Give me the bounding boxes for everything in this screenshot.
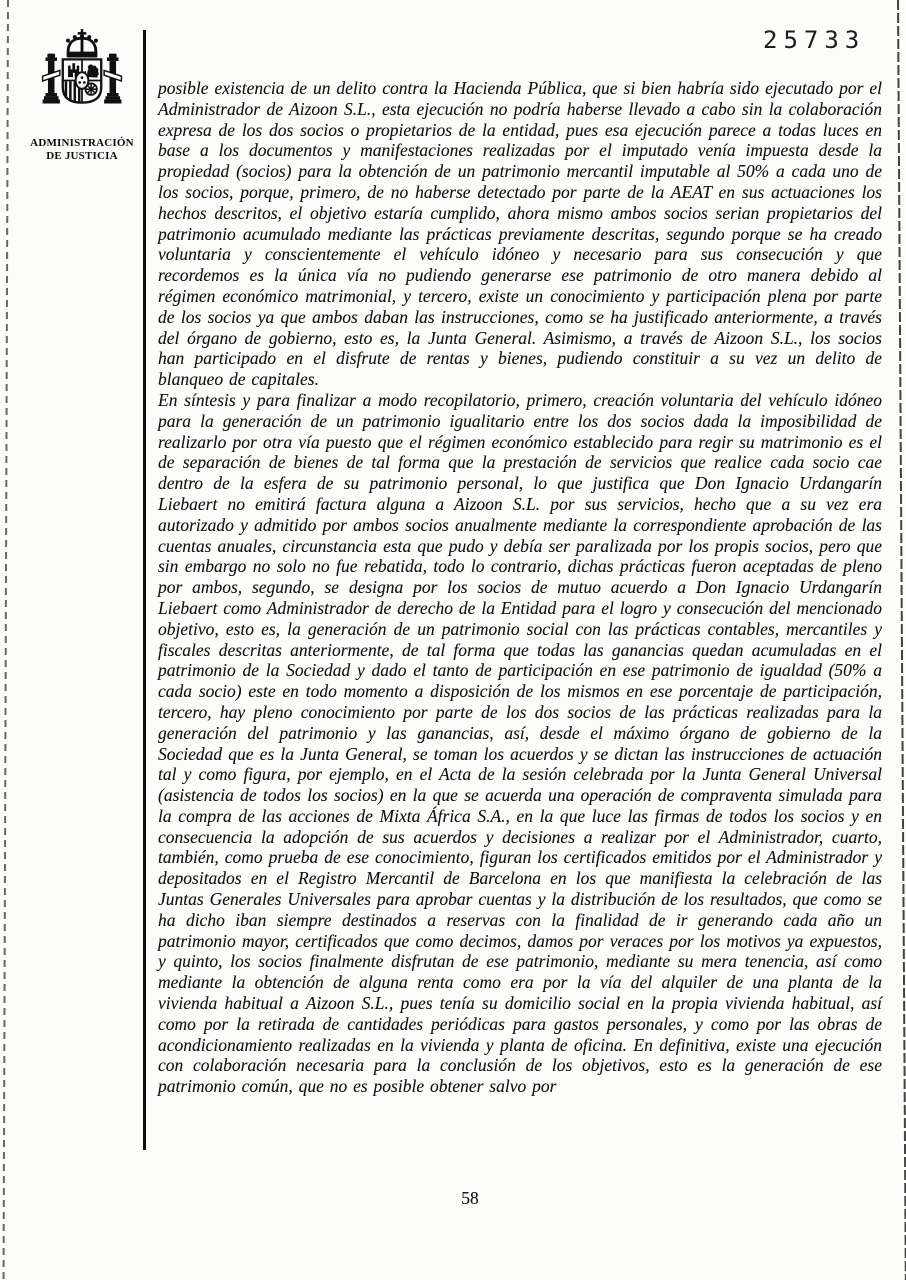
margin-rule (143, 30, 146, 1150)
judgment-body-text: posible existencia de un delito contra l… (158, 78, 882, 1097)
page-number: 58 (158, 1188, 782, 1209)
org-name-line2: DE JUSTICIA (20, 150, 144, 163)
scanned-court-document-page: 25733 (0, 0, 906, 1280)
org-name-line1: ADMINISTRACIÓN (20, 137, 144, 150)
folio-stamp-number: 25733 (763, 26, 865, 54)
scan-edge-artifact-right (897, 0, 906, 1280)
judgment-paragraph-1: posible existencia de un delito contra l… (158, 78, 882, 390)
spanish-coat-of-arms-icon (32, 28, 132, 134)
pillar-right (104, 54, 121, 104)
pillar-left (43, 54, 60, 104)
scan-edge-artifact-left (3, 0, 9, 1280)
org-name: ADMINISTRACIÓN DE JUSTICIA (20, 137, 144, 163)
judgment-paragraph-2: En síntesis y para finalizar a modo reco… (158, 390, 882, 1097)
letterhead: ADMINISTRACIÓN DE JUSTICIA (20, 28, 144, 163)
